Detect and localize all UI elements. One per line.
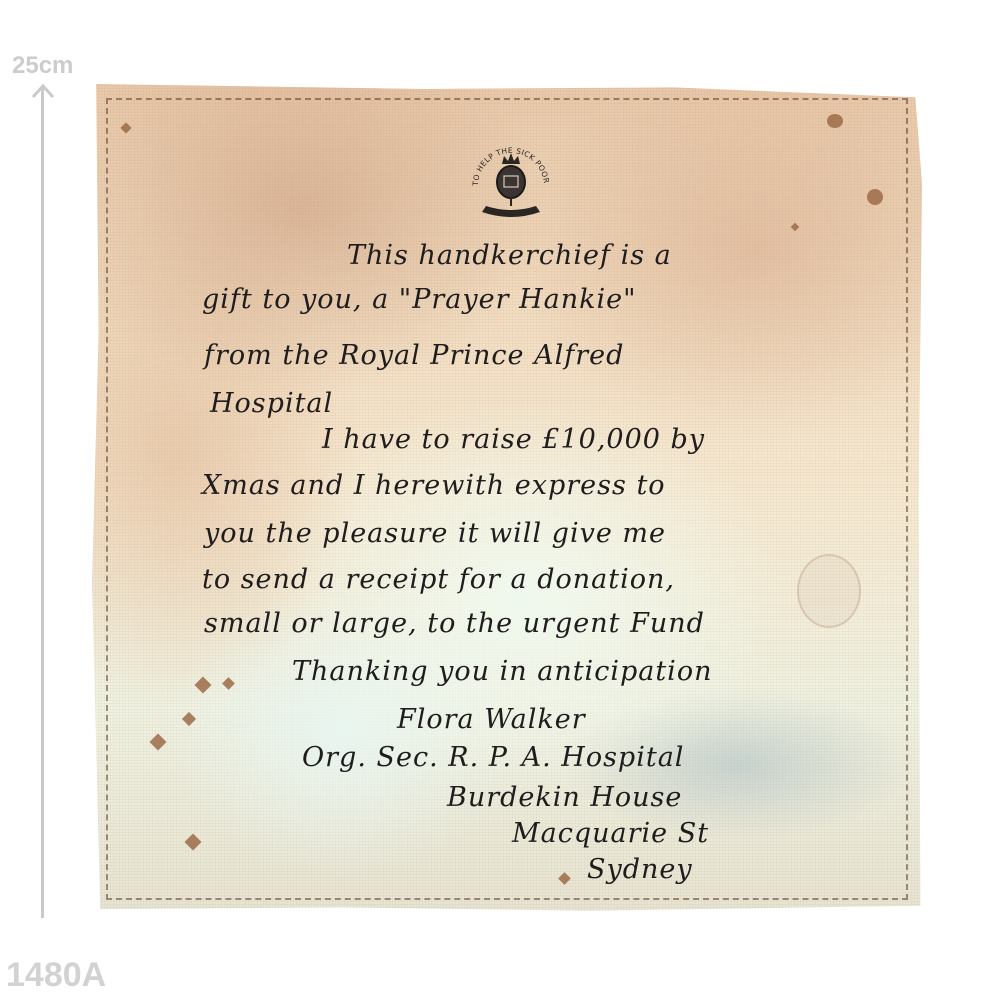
size-label: 25cm <box>12 52 73 80</box>
letter-line: from the Royal Prince Alfred <box>204 342 624 369</box>
letter-line: Sydney <box>587 856 693 883</box>
letter-line: gift to you, a "Prayer Hankie" <box>202 286 637 313</box>
prayer-handkerchief: TO HELP THE SICK POOR This handkerchief … <box>92 84 922 914</box>
letter-line: Org. Sec. R. P. A. Hospital <box>302 744 684 771</box>
letter-line: Burdekin House <box>447 784 682 811</box>
letter-line: Xmas and I herewith express to <box>202 472 666 499</box>
letter-line: to send a receipt for a donation, <box>202 566 675 593</box>
catalog-number: 1480A <box>6 956 106 995</box>
scale-ruler-line <box>41 86 44 918</box>
letter-line: you the pleasure it will give me <box>204 520 666 547</box>
letter-line: This handkerchief is a <box>347 242 672 269</box>
letter-line: I have to raise £10,000 by <box>322 426 705 453</box>
letter-line: small or large, to the urgent Fund <box>204 610 705 637</box>
letter-line: Macquarie St <box>512 820 709 847</box>
signature: Flora Walker <box>397 706 586 733</box>
letter-line: Hospital <box>210 390 333 417</box>
letter-line: Thanking you in anticipation <box>292 658 712 685</box>
handwritten-letter: This handkerchief is a gift to you, a "P… <box>92 84 922 914</box>
